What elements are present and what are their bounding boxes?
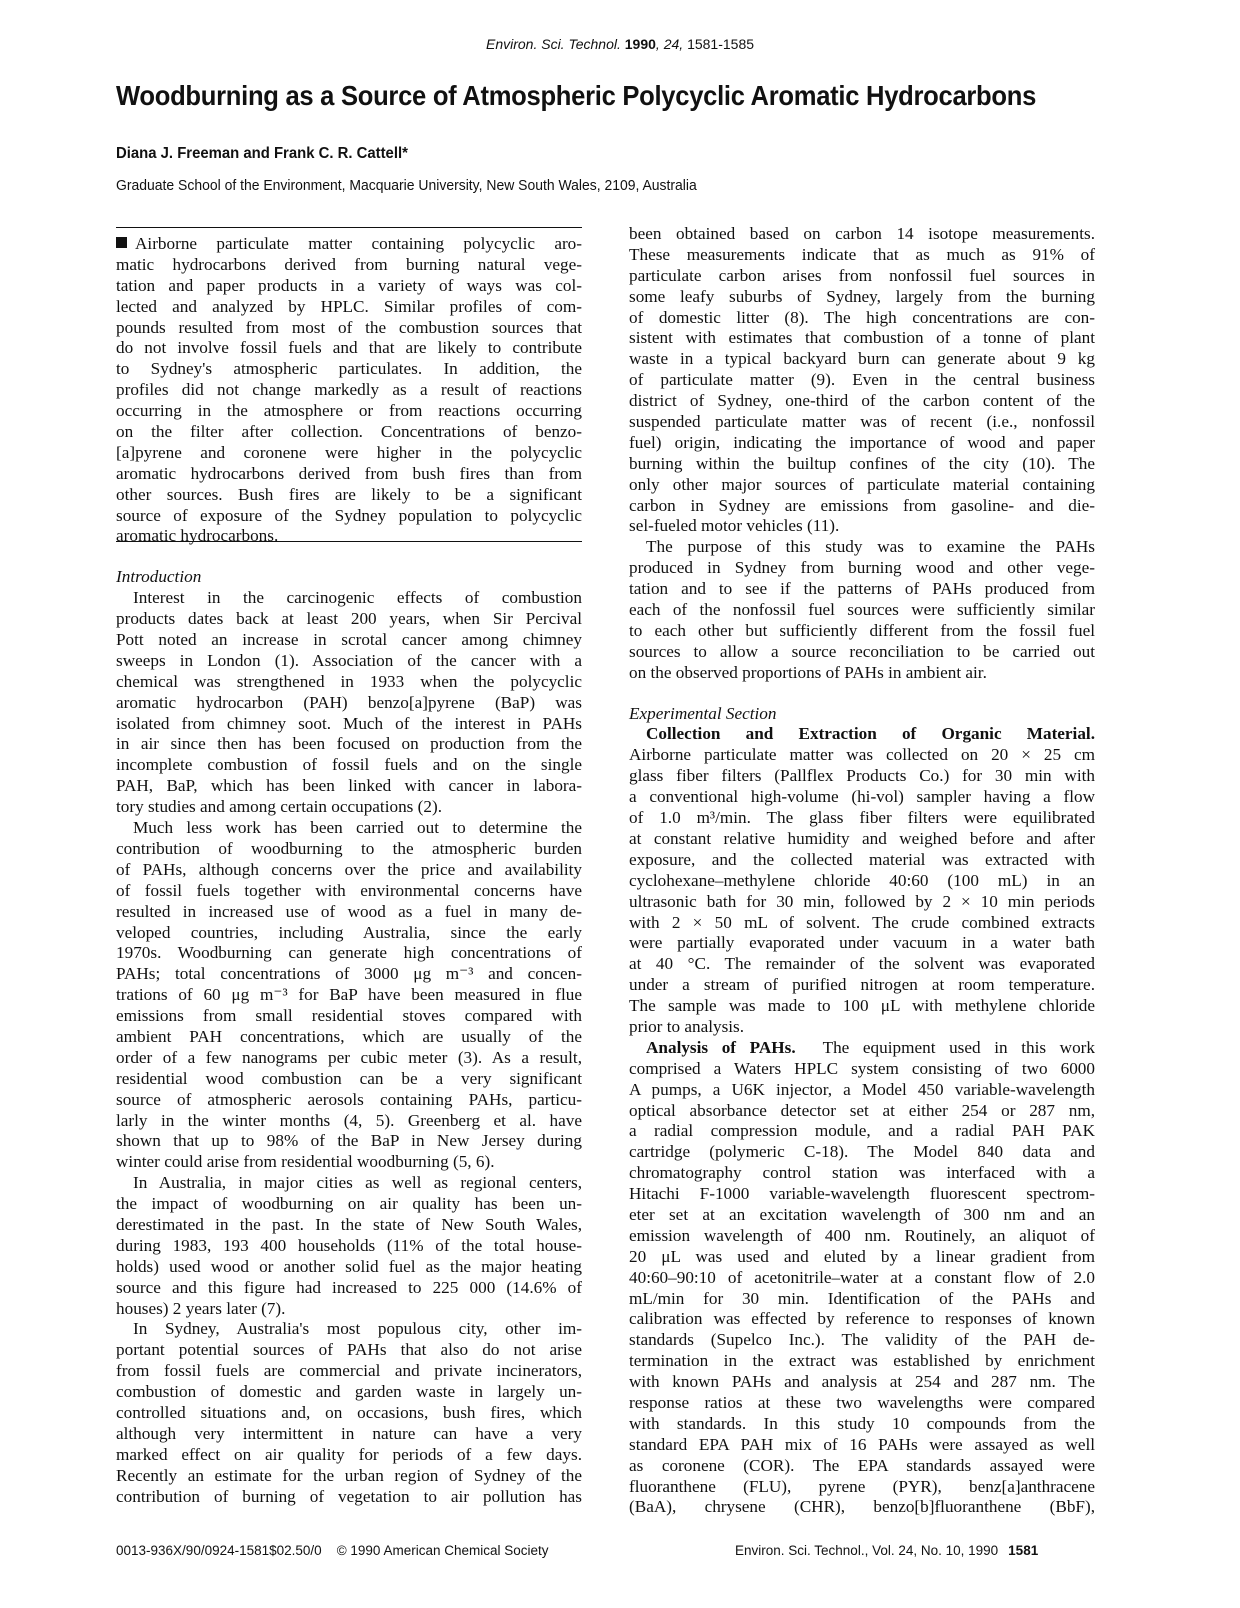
- text-line: A pumps, a U6K injector, a Model 450 var…: [629, 1080, 1095, 1101]
- text-line: mL/min for 30 min. Identification of the…: [629, 1289, 1095, 1310]
- right-column: been obtained based on carbon 14 isotope…: [629, 224, 1095, 1518]
- text-line: portant potential sources of PAHs that a…: [116, 1340, 582, 1361]
- text-line: sweeps in London (1). Association of the…: [116, 651, 582, 672]
- text-line: 1970s. Woodburning can generate high con…: [116, 943, 582, 964]
- text-line: residential wood combustion can be a ver…: [116, 1069, 582, 1090]
- text-line: only other major sources of particulate …: [629, 475, 1095, 496]
- text-line: aromatic hydrocarbons derived from bush …: [116, 464, 582, 485]
- section-heading-introduction: Introduction: [116, 567, 582, 588]
- text-line: tation and paper products in a variety o…: [116, 276, 582, 297]
- text-line: pounds resulted from most of the combust…: [116, 318, 582, 339]
- text-line: produced in Sydney from burning wood and…: [629, 558, 1095, 579]
- text-line: exposure, and the collected material was…: [629, 850, 1095, 871]
- running-head: Environ. Sci. Technol. 1990, 24, 1581-15…: [0, 36, 1240, 52]
- text-line: aromatic hydrocarbon (PAH) benzo[a]pyren…: [116, 693, 582, 714]
- text-line: of 1.0 m³/min. The glass fiber filters w…: [629, 808, 1095, 829]
- text-line: Pott noted an increase in scrotal cancer…: [116, 630, 582, 651]
- text-line: winter could arise from residential wood…: [116, 1152, 582, 1173]
- text-line: Airborne particulate matter was collecte…: [629, 745, 1095, 766]
- text-line: Interest in the carcinogenic effects of …: [116, 588, 582, 609]
- text-line: as coronene (COR). The EPA standards ass…: [629, 1456, 1095, 1477]
- text-line: occurring in the atmosphere or from reac…: [116, 401, 582, 422]
- text-line: larly in the winter months (4, 5). Green…: [116, 1111, 582, 1132]
- text-line: In Sydney, Australia's most populous cit…: [116, 1319, 582, 1340]
- analysis-paragraph: comprised a Waters HPLC system consistin…: [629, 1059, 1095, 1519]
- text-line: of domestic litter (8). The high concent…: [629, 308, 1095, 329]
- text-line: (BaA), chrysene (CHR), benzo[b]fluoranth…: [629, 1497, 1095, 1518]
- text-line: veloped countries, including Australia, …: [116, 923, 582, 944]
- footer-right: Environ. Sci. Technol., Vol. 24, No. 10,…: [735, 1543, 1038, 1558]
- text-line: holds) used wood or another solid fuel a…: [116, 1257, 582, 1278]
- text-line: lected and analyzed by HPLC. Similar pro…: [116, 297, 582, 318]
- text-line: cartridge (polymeric C-18). The Model 84…: [629, 1142, 1095, 1163]
- text-line: contribution of woodburning to the atmos…: [116, 839, 582, 860]
- text-line: were partially evaporated under vacuum i…: [629, 933, 1095, 954]
- running-head-pages: 1581-1585: [687, 36, 754, 52]
- text-line: emission wavelength of 400 nm. Routinely…: [629, 1226, 1095, 1247]
- text-line: The sample was made to 100 μL with methy…: [629, 996, 1095, 1017]
- text-line: trations of 60 μg m⁻³ for BaP have been …: [116, 985, 582, 1006]
- text-line: been obtained based on carbon 14 isotope…: [629, 224, 1095, 245]
- text-line: of particulate matter (9). Even in the c…: [629, 370, 1095, 391]
- text-line: Recently an estimate for the urban regio…: [116, 1466, 582, 1487]
- text-line: tory studies and among certain occupatio…: [116, 797, 582, 818]
- text-line: optical absorbance detector set at eithe…: [629, 1101, 1095, 1122]
- text-line: matic hydrocarbons derived from burning …: [116, 255, 582, 276]
- text-line: cyclohexane–methylene chloride 40:60 (10…: [629, 871, 1095, 892]
- text-line: products dates back at least 200 years, …: [116, 609, 582, 630]
- text-line: sources to allow a source reconciliation…: [629, 642, 1095, 663]
- text-line: prior to analysis.: [629, 1017, 1095, 1038]
- footer-copyright: © 1990 American Chemical Society: [337, 1543, 549, 1558]
- text-line: aromatic hydrocarbons.: [116, 526, 582, 547]
- text-line: These measurements indicate that as much…: [629, 245, 1095, 266]
- text-line: a radial compression module, and a radia…: [629, 1121, 1095, 1142]
- text-line: glass fiber filters (Pallflex Products C…: [629, 766, 1095, 787]
- text-line: sel-fueled motor vehicles (11).: [629, 516, 1095, 537]
- text-line: chromatography control station was inter…: [629, 1163, 1095, 1184]
- text-line: tation and to see if the patterns of PAH…: [629, 579, 1095, 600]
- text-line: other sources. Bush fires are likely to …: [116, 485, 582, 506]
- text-line: Much less work has been carried out to d…: [116, 818, 582, 839]
- text-line: on the observed proportions of PAHs in a…: [629, 663, 1095, 684]
- section-heading-experimental: Experimental Section: [629, 704, 1095, 725]
- text-line: sistent with estimates that combustion o…: [629, 328, 1095, 349]
- text-line: waste in a typical backyard burn can gen…: [629, 349, 1095, 370]
- text-line: [a]pyrene and coronene were higher in th…: [116, 443, 582, 464]
- text-line: PAH, BaP, which has been linked with can…: [116, 776, 582, 797]
- collection-paragraph: Airborne particulate matter was collecte…: [629, 745, 1095, 1037]
- text-line: 20 μL was used and eluted by a linear gr…: [629, 1247, 1095, 1268]
- text-line: at 40 °C. The remainder of the solvent w…: [629, 954, 1095, 975]
- analysis-first-line: Analysis of PAHs. The equipment used in …: [629, 1038, 1095, 1059]
- text-line: calibration was effected by reference to…: [629, 1309, 1095, 1330]
- text-line: standard EPA PAH mix of 16 PAHs were ass…: [629, 1435, 1095, 1456]
- text-line: standards (Supelco Inc.). The validity o…: [629, 1330, 1095, 1351]
- text-line: PAHs; total concentrations of 3000 μg m⁻…: [116, 964, 582, 985]
- text-line: carbon in Sydney are emissions from gaso…: [629, 496, 1095, 517]
- text-line: each of the nonfossil fuel sources were …: [629, 600, 1095, 621]
- text-line: incomplete combustion of fossil fuels an…: [116, 755, 582, 776]
- text-line: chemical was strengthened in 1933 when t…: [116, 672, 582, 693]
- analysis-subheading: Analysis of PAHs.: [646, 1038, 796, 1057]
- text-line: ultrasonic bath for 30 min, followed by …: [629, 892, 1095, 913]
- footer-code: 0013-936X/90/0924-1581$02.50/0: [116, 1543, 322, 1558]
- text-line: of PAHs, although concerns over the pric…: [116, 860, 582, 881]
- collection-subheading: Collection and Extraction of Organic Mat…: [646, 724, 1095, 743]
- text-line: fuel) origin, indicating the importance …: [629, 433, 1095, 454]
- text-line: to Sydney's atmospheric particulates. In…: [116, 359, 582, 380]
- text-line: The purpose of this study was to examine…: [629, 537, 1095, 558]
- text-line: emissions from small residential stoves …: [116, 1006, 582, 1027]
- text-line: during 1983, 193 400 households (11% of …: [116, 1236, 582, 1257]
- text-line: 40:60–90:10 of acetonitrile–water at a c…: [629, 1268, 1095, 1289]
- intro-continuation: been obtained based on carbon 14 isotope…: [629, 224, 1095, 537]
- text-line: source and this figure had increased to …: [116, 1278, 582, 1299]
- text-line: the impact of woodburning on air quality…: [116, 1194, 582, 1215]
- text-line: isolated from chimney soot. Much of the …: [116, 714, 582, 735]
- text-line: burning within the builtup confines of t…: [629, 454, 1095, 475]
- running-head-volume: 24: [664, 36, 680, 52]
- running-head-journal: Environ. Sci. Technol.: [486, 36, 621, 52]
- text-line: under a stream of purified nitrogen at r…: [629, 975, 1095, 996]
- text-line: derestimated in the past. In the state o…: [116, 1215, 582, 1236]
- text-line: of fossil fuels together with environmen…: [116, 881, 582, 902]
- purpose-paragraph: The purpose of this study was to examine…: [629, 537, 1095, 683]
- affiliation: Graduate School of the Environment, Macq…: [116, 177, 697, 194]
- text-line: fluoranthene (FLU), pyrene (PYR), benz[a…: [629, 1477, 1095, 1498]
- footer-citation: Environ. Sci. Technol., Vol. 24, No. 10,…: [735, 1543, 998, 1558]
- text-line: source of atmospheric aerosols containin…: [116, 1090, 582, 1111]
- text-line: ambient PAH concentrations, which are us…: [116, 1027, 582, 1048]
- collection-subheading-line: Collection and Extraction of Organic Mat…: [629, 724, 1095, 745]
- text-line: contribution of burning of vegetation to…: [116, 1487, 582, 1508]
- text-line: houses) 2 years later (7).: [116, 1299, 582, 1320]
- page-number: 1581: [1008, 1543, 1038, 1558]
- text-line: controlled situations and, on occasions,…: [116, 1403, 582, 1424]
- abstract-rule-top: [116, 227, 582, 228]
- paragraph: In Australia, in major cities as well as…: [116, 1173, 582, 1319]
- paragraph: Much less work has been carried out to d…: [116, 818, 582, 1173]
- text-line: Hitachi F-1000 variable-wavelength fluor…: [629, 1184, 1095, 1205]
- text-line: to each other but sufficiently different…: [629, 621, 1095, 642]
- text-line: at constant relative humidity and weighe…: [629, 829, 1095, 850]
- footer-left: 0013-936X/90/0924-1581$02.50/0 © 1990 Am…: [116, 1543, 549, 1558]
- text-line: do not involve fossil fuels and that are…: [116, 338, 582, 359]
- text-line: source of exposure of the Sydney populat…: [116, 506, 582, 527]
- text-line: shown that up to 98% of the BaP in New J…: [116, 1131, 582, 1152]
- article-title: Woodburning as a Source of Atmospheric P…: [116, 80, 1083, 112]
- text-line: order of a few nanograms per cubic meter…: [116, 1048, 582, 1069]
- text-line: resulted in increased use of wood as a f…: [116, 902, 582, 923]
- text-line: with known PAHs and analysis at 254 and …: [629, 1372, 1095, 1393]
- text-line: in air since then has been focused on pr…: [116, 734, 582, 755]
- text-line: In Australia, in major cities as well as…: [116, 1173, 582, 1194]
- introduction-body: Interest in the carcinogenic effects of …: [116, 588, 582, 1507]
- left-column: Airborne particulate matter containing p…: [116, 234, 582, 1507]
- paragraph: Interest in the carcinogenic effects of …: [116, 588, 582, 818]
- text-line: marked effect on air quality for periods…: [116, 1445, 582, 1466]
- text-line: with standards. In this study 10 compoun…: [629, 1414, 1095, 1435]
- text-line: comprised a Waters HPLC system consistin…: [629, 1059, 1095, 1080]
- authors: Diana J. Freeman and Frank C. R. Cattell…: [116, 145, 408, 163]
- text-line: Airborne particulate matter containing p…: [116, 234, 582, 255]
- paragraph: In Sydney, Australia's most populous cit…: [116, 1319, 582, 1507]
- text-line: from fossil fuels are commercial and pri…: [116, 1361, 582, 1382]
- text-line: with 2 × 50 mL of solvent. The crude com…: [629, 913, 1095, 934]
- text-line: on the filter after collection. Concentr…: [116, 422, 582, 443]
- text-line: district of Sydney, one-third of the car…: [629, 391, 1095, 412]
- text-line: although very intermittent in nature can…: [116, 1424, 582, 1445]
- text-line: response ratios at these two wavelengths…: [629, 1393, 1095, 1414]
- text-line: a conventional high-volume (hi-vol) samp…: [629, 787, 1095, 808]
- running-head-year: 1990: [625, 36, 656, 52]
- text-line: combustion of domestic and garden waste …: [116, 1382, 582, 1403]
- text-line: suspended particulate matter was of rece…: [629, 412, 1095, 433]
- analysis-first-text: The equipment used in this work: [823, 1038, 1095, 1057]
- text-line: particulate carbon arises from nonfossil…: [629, 266, 1095, 287]
- text-line: eter set at an excitation wavelength of …: [629, 1205, 1095, 1226]
- text-line: termination in the extract was establish…: [629, 1351, 1095, 1372]
- abstract: Airborne particulate matter containing p…: [116, 234, 582, 547]
- text-line: some leafy suburbs of Sydney, largely fr…: [629, 287, 1095, 308]
- text-line: profiles did not change markedly as a re…: [116, 380, 582, 401]
- abstract-bullet-icon: [116, 237, 127, 248]
